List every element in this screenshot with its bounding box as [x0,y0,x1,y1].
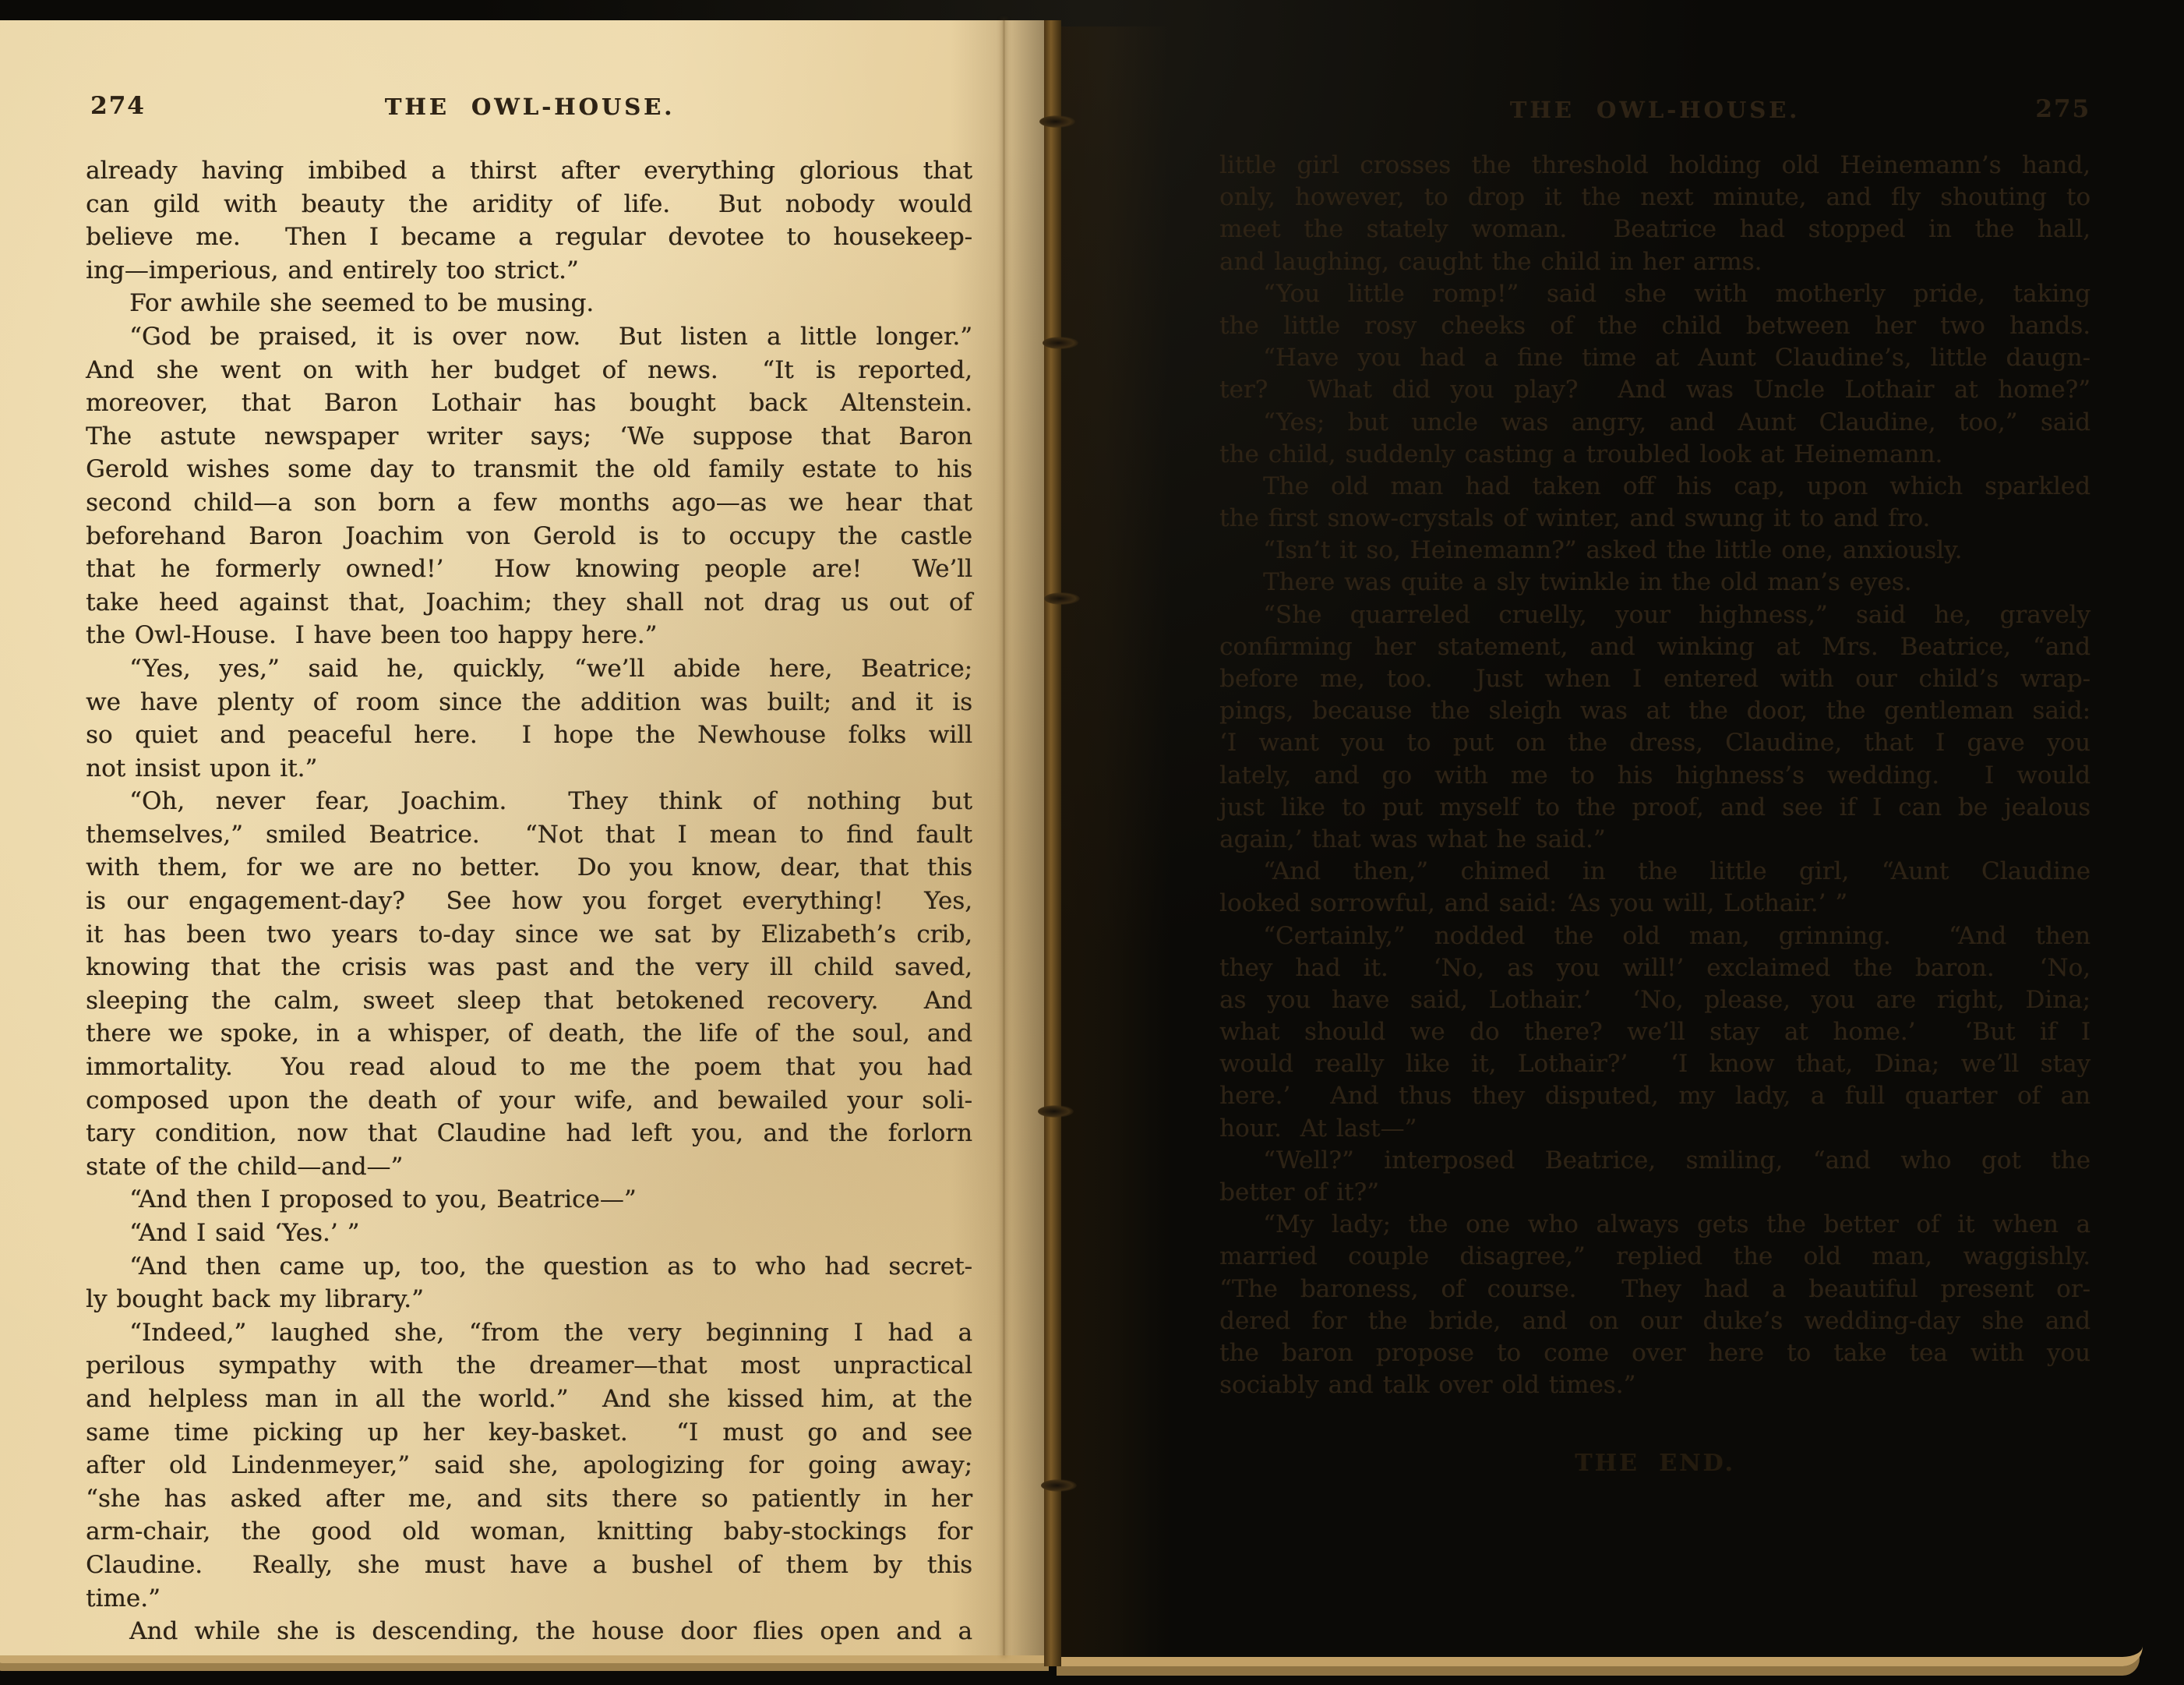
text-line: “Certainly,” nodded the old man, grinnin… [1219,920,2091,952]
text-line: and laughing, caught the child in her ar… [1219,246,2091,278]
binding-stitch-icon [1041,1479,1077,1492]
page-fold-crease [1003,20,1005,1655]
text-line: “My lady; the one who always gets the be… [1219,1209,2091,1241]
page-header-left: 274 THE OWL-HOUSE. [86,92,974,126]
book-spine-gutter [1044,20,1061,1666]
text-line: with them, for we are no better. Do you … [86,851,972,885]
text-line: immortality. You read aloud to me the po… [86,1051,972,1084]
binding-stitch-icon [1043,337,1078,349]
text-line: already having imbibed a thirst after ev… [86,154,972,188]
text-line: “The baroness, of course. They had a bea… [1219,1273,2091,1305]
text-line: “Yes, yes,” said he, quickly, “we’ll abi… [86,652,972,686]
text-line: we have plenty of room since the additio… [86,686,972,719]
text-line: “Have you had a fine time at Aunt Claudi… [1219,342,2091,374]
text-line: composed upon the death of your wife, an… [86,1084,972,1118]
text-line: perilous sympathy with the dreamer—that … [86,1349,972,1383]
text-line: ter? What did you play? And was Uncle Lo… [1219,374,2091,406]
text-line: they had it. ‘No, as you will!’ exclaime… [1219,952,2091,984]
text-line: The astute newspaper writer says; ‘We su… [86,420,972,454]
text-line: moreover, that Baron Lothair has bought … [86,387,972,420]
text-line: would really like it, Lothair?’ ‘I know … [1219,1048,2091,1080]
text-line: so quiet and peaceful here. I hope the N… [86,719,972,752]
text-line: ing—imperious, and entirely too strict.” [86,254,972,288]
text-line: arm-chair, the good old woman, knitting … [86,1515,972,1549]
running-title: THE OWL-HOUSE. [1219,97,2091,123]
text-line: here.’ And thus they disputed, my lady, … [1219,1080,2091,1112]
text-line: believe me. Then I became a regular devo… [86,221,972,254]
text-line: before me, too. Just when I entered with… [1219,663,2091,695]
text-line: knowing that the crisis was past and the… [86,951,972,984]
text-line: looked sorrowful, and said: ‘As you will… [1219,888,2091,920]
text-line: “And I said ‘Yes.’ ” [86,1217,972,1250]
page-left-274: 274 THE OWL-HOUSE. already having imbibe… [0,20,1052,1663]
text-line: “Indeed,” laughed she, “from the very be… [86,1316,972,1350]
text-line: hour. At last—” [1219,1113,2091,1145]
text-line: second child—a son born a few months ago… [86,486,972,520]
text-line: that he formerly owned!’ How knowing peo… [86,553,972,586]
text-line: only, however, to drop it the next minut… [1219,182,2091,214]
text-line: “God be praised, it is over now. But lis… [86,320,972,354]
text-line: “Oh, never fear, Joachim. They think of … [86,785,972,818]
text-line: “Isn’t it so, Heinemann?” asked the litt… [1219,535,2091,567]
text-line: as you have said, Lothair.’ ‘No, please,… [1219,984,2091,1016]
the-end-mark: THE END. [1219,1450,2091,1477]
text-line: Gerold wishes some day to transmit the o… [86,453,972,486]
text-line: ‘I want you to put on the dress, Claudin… [1219,727,2091,759]
text-line: can gild with beauty the aridity of life… [86,188,972,221]
text-line: “And then,” chimed in the little girl, “… [1219,856,2091,888]
text-line: what should we do there? we’ll stay at h… [1219,1016,2091,1048]
text-line: it has been two years to-day since we sa… [86,918,972,952]
binding-stitch-icon [1039,115,1075,128]
text-line: take heed against that, Joachim; they sh… [86,586,972,620]
text-line: just like to put myself to the proof, an… [1219,792,2091,824]
text-line: “And then came up, too, the question as … [86,1250,972,1284]
text-line: little girl crosses the threshold holdin… [1219,150,2091,182]
text-line: ly bought back my library.” [86,1283,972,1316]
text-line: meet the stately woman. Beatrice had sto… [1219,214,2091,246]
text-line: Claudine. Really, she must have a bushel… [86,1549,972,1582]
text-line: “You little romp!” said she with motherl… [1219,278,2091,310]
text-line: There was quite a sly twinkle in the old… [1219,567,2091,599]
text-line: and helpless man in all the world.” And … [86,1383,972,1416]
text-line: beforehand Baron Joachim von Gerold is t… [86,520,972,553]
text-line: lately, and go with me to his highness’s… [1219,760,2091,792]
text-line: “She quarreled cruelly, your highness,” … [1219,599,2091,631]
text-line: dered for the bride, and on our duke’s w… [1219,1305,2091,1337]
text-line: confirming her statement, and winking at… [1219,631,2091,663]
text-line: the child, suddenly casting a troubled l… [1219,439,2091,471]
text-line: “And then I proposed to you, Beatrice—” [86,1183,972,1217]
text-line: And while she is descending, the house d… [86,1615,972,1648]
text-line: the first snow-crystals of winter, and s… [1219,503,2091,535]
page-right-275: THE OWL-HOUSE. 275 little girl crosses t… [1053,26,2143,1666]
text-line: is our engagement-day? See how you forge… [86,885,972,918]
text-column-left: already having imbibed a thirst after ev… [86,154,972,1648]
text-line: the baron propose to come over here to t… [1219,1337,2091,1369]
text-line: themselves,” smiled Beatrice. “Not that … [86,818,972,852]
text-line: same time picking up her key-basket. “I … [86,1416,972,1450]
text-line: The old man had taken off his cap, upon … [1219,471,2091,503]
page-number: 275 [2035,95,2091,123]
text-line: And she went on with her budget of news.… [86,354,972,387]
text-line: better of it?” [1219,1177,2091,1209]
text-line: after old Lindenmeyer,” said she, apolog… [86,1449,972,1482]
text-line: tary condition, now that Claudine had le… [86,1117,972,1150]
binding-stitch-icon [1044,592,1080,605]
text-line: state of the child—and—” [86,1150,972,1184]
text-column-right: little girl crosses the threshold holdin… [1219,150,2091,1401]
text-line: sociably and talk over old times.” [1219,1369,2091,1401]
binding-stitch-icon [1038,1105,1074,1118]
text-line: “she has asked after me, and sits there … [86,1482,972,1516]
page-header-right: THE OWL-HOUSE. 275 [1219,95,2091,129]
text-line: “Well?” interposed Beatrice, smiling, “a… [1219,1145,2091,1177]
text-line: not insist upon it.” [86,752,972,786]
text-line: married couple disagree,” replied the ol… [1219,1241,2091,1273]
text-line: the little rosy cheeks of the child betw… [1219,310,2091,342]
text-line: again,’ that was what he said.” [1219,824,2091,856]
text-line: the Owl-House. I have been too happy her… [86,619,972,652]
text-line: time.” [86,1582,972,1616]
text-line: For awhile she seemed to be musing. [86,287,972,320]
text-line: “Yes; but uncle was angry, and Aunt Clau… [1219,407,2091,439]
text-line: there we spoke, in a whisper, of death, … [86,1017,972,1051]
book-scan: { "colors":{"paper":"#e9d5a8","ink":"#2e… [0,0,2184,1685]
text-line: pings, because the sleigh was at the doo… [1219,695,2091,727]
running-title: THE OWL-HOUSE. [86,94,974,120]
text-line: sleeping the calm, sweet sleep that beto… [86,984,972,1018]
